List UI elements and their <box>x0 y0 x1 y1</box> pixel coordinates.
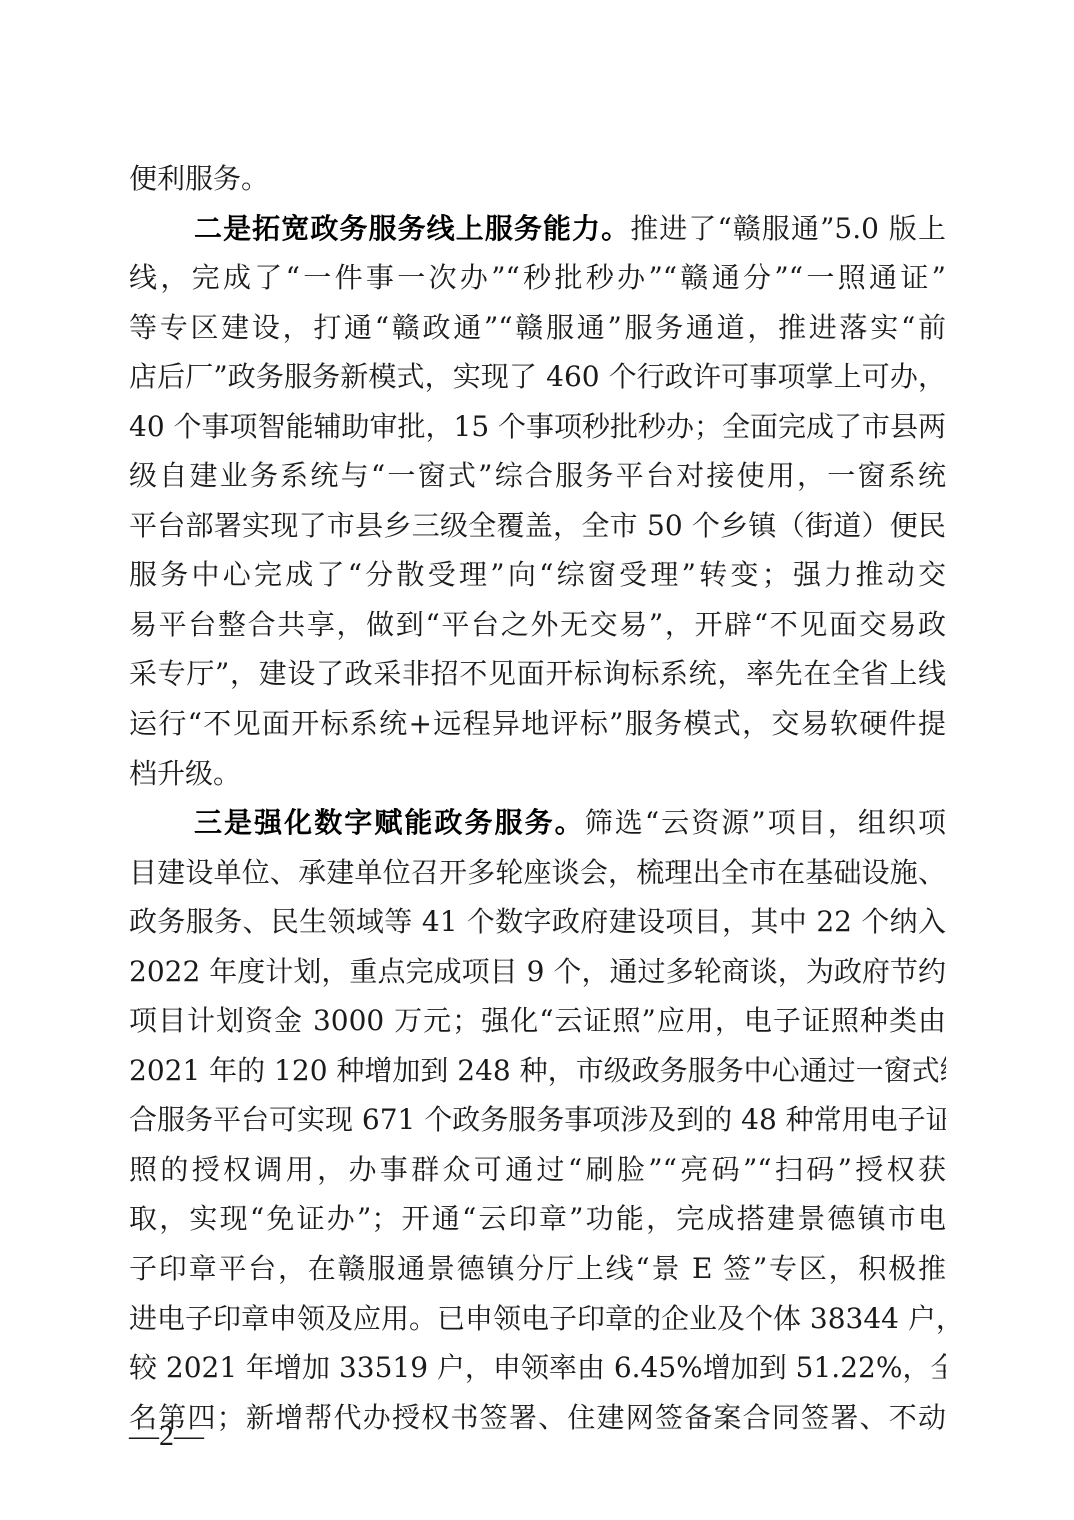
text-line: 较 2021 年增加 33519 户，申领率由 6.45%增加到 51.22%，… <box>129 1343 946 1393</box>
text-line: 合服务平台可实现 671 个政务服务事项涉及到的 48 种常用电子证 <box>129 1095 946 1145</box>
text-line: 政务服务、民生领域等 41 个数字政府建设项目，其中 22 个纳入 <box>129 897 946 947</box>
text-line: 目建设单位、承建单位召开多轮座谈会，梳理出全市在基础设施、 <box>129 848 946 898</box>
paragraph-heading: 三是强化数字赋能政务服务。 <box>194 806 585 839</box>
paragraph-text: 筛选“云资源”项目，组织项 <box>585 806 946 839</box>
body-text: 便利服务。 二是拓宽政务服务线上服务能力。推进了“赣服通”5.0 版上 线，完成… <box>129 154 946 1442</box>
text-line: 运行“不见面开标系统+远程异地评标”服务模式，交易软硬件提 <box>129 699 946 749</box>
text-line: 级自建业务系统与“一窗式”综合服务平台对接使用，一窗系统 <box>129 451 946 501</box>
text-line: 40 个事项智能辅助审批，15 个事项秒批秒办；全面完成了市县两 <box>129 402 946 452</box>
text-line: 档升级。 <box>129 749 946 799</box>
paragraph-heading: 二是拓宽政务服务线上服务能力。 <box>194 212 630 245</box>
text-line: 等专区建设，打通“赣政通”“赣服通”服务通道，推进落实“前 <box>129 303 946 353</box>
text-line: 名第四；新增帮代办授权书签署、住建网签备案合同签署、不动 <box>129 1393 946 1443</box>
text-line: 进电子印章申领及应用。已申领电子印章的企业及个体 38344 户， <box>129 1294 946 1344</box>
text-line: 项目计划资金 3000 万元；强化“云证照”应用，电子证照种类由 <box>129 996 946 1046</box>
paragraph-first-line: 二是拓宽政务服务线上服务能力。推进了“赣服通”5.0 版上 <box>129 204 946 254</box>
text-line: 便利服务。 <box>129 154 946 204</box>
text-line: 子印章平台，在赣服通景德镇分厅上线“景 E 签”专区，积极推 <box>129 1244 946 1294</box>
page-number: —2— <box>129 1418 204 1454</box>
text-line: 易平台整合共享，做到“平台之外无交易”，开辟“不见面交易政 <box>129 600 946 650</box>
text-line: 平台部署实现了市县乡三级全覆盖，全市 50 个乡镇（街道）便民 <box>129 501 946 551</box>
paragraph-text: 推进了“赣服通”5.0 版上 <box>630 212 946 245</box>
text-line: 取，实现“免证办”；开通“云印章”功能，完成搭建景德镇市电 <box>129 1194 946 1244</box>
paragraph-first-line: 三是强化数字赋能政务服务。筛选“云资源”项目，组织项 <box>129 798 946 848</box>
text-line: 线，完成了“一件事一次办”“秒批秒办”“赣通分”“一照通证” <box>129 253 946 303</box>
text-line: 2021 年的 120 种增加到 248 种，市级政务服务中心通过一窗式综 <box>129 1046 946 1096</box>
text-line: 店后厂”政务服务新模式，实现了 460 个行政许可事项掌上可办， <box>129 352 946 402</box>
text-line: 照的授权调用，办事群众可通过“刷脸”“亮码”“扫码”授权获 <box>129 1145 946 1195</box>
text-line: 服务中心完成了“分散受理”向“综窗受理”转变；强力推动交 <box>129 550 946 600</box>
text-line: 2022 年度计划，重点完成项目 9 个，通过多轮商谈，为政府节约 <box>129 947 946 997</box>
document-page: 便利服务。 二是拓宽政务服务线上服务能力。推进了“赣服通”5.0 版上 线，完成… <box>0 0 1074 1520</box>
text-line: 采专厅”，建设了政采非招不见面开标询标系统，率先在全省上线 <box>129 649 946 699</box>
